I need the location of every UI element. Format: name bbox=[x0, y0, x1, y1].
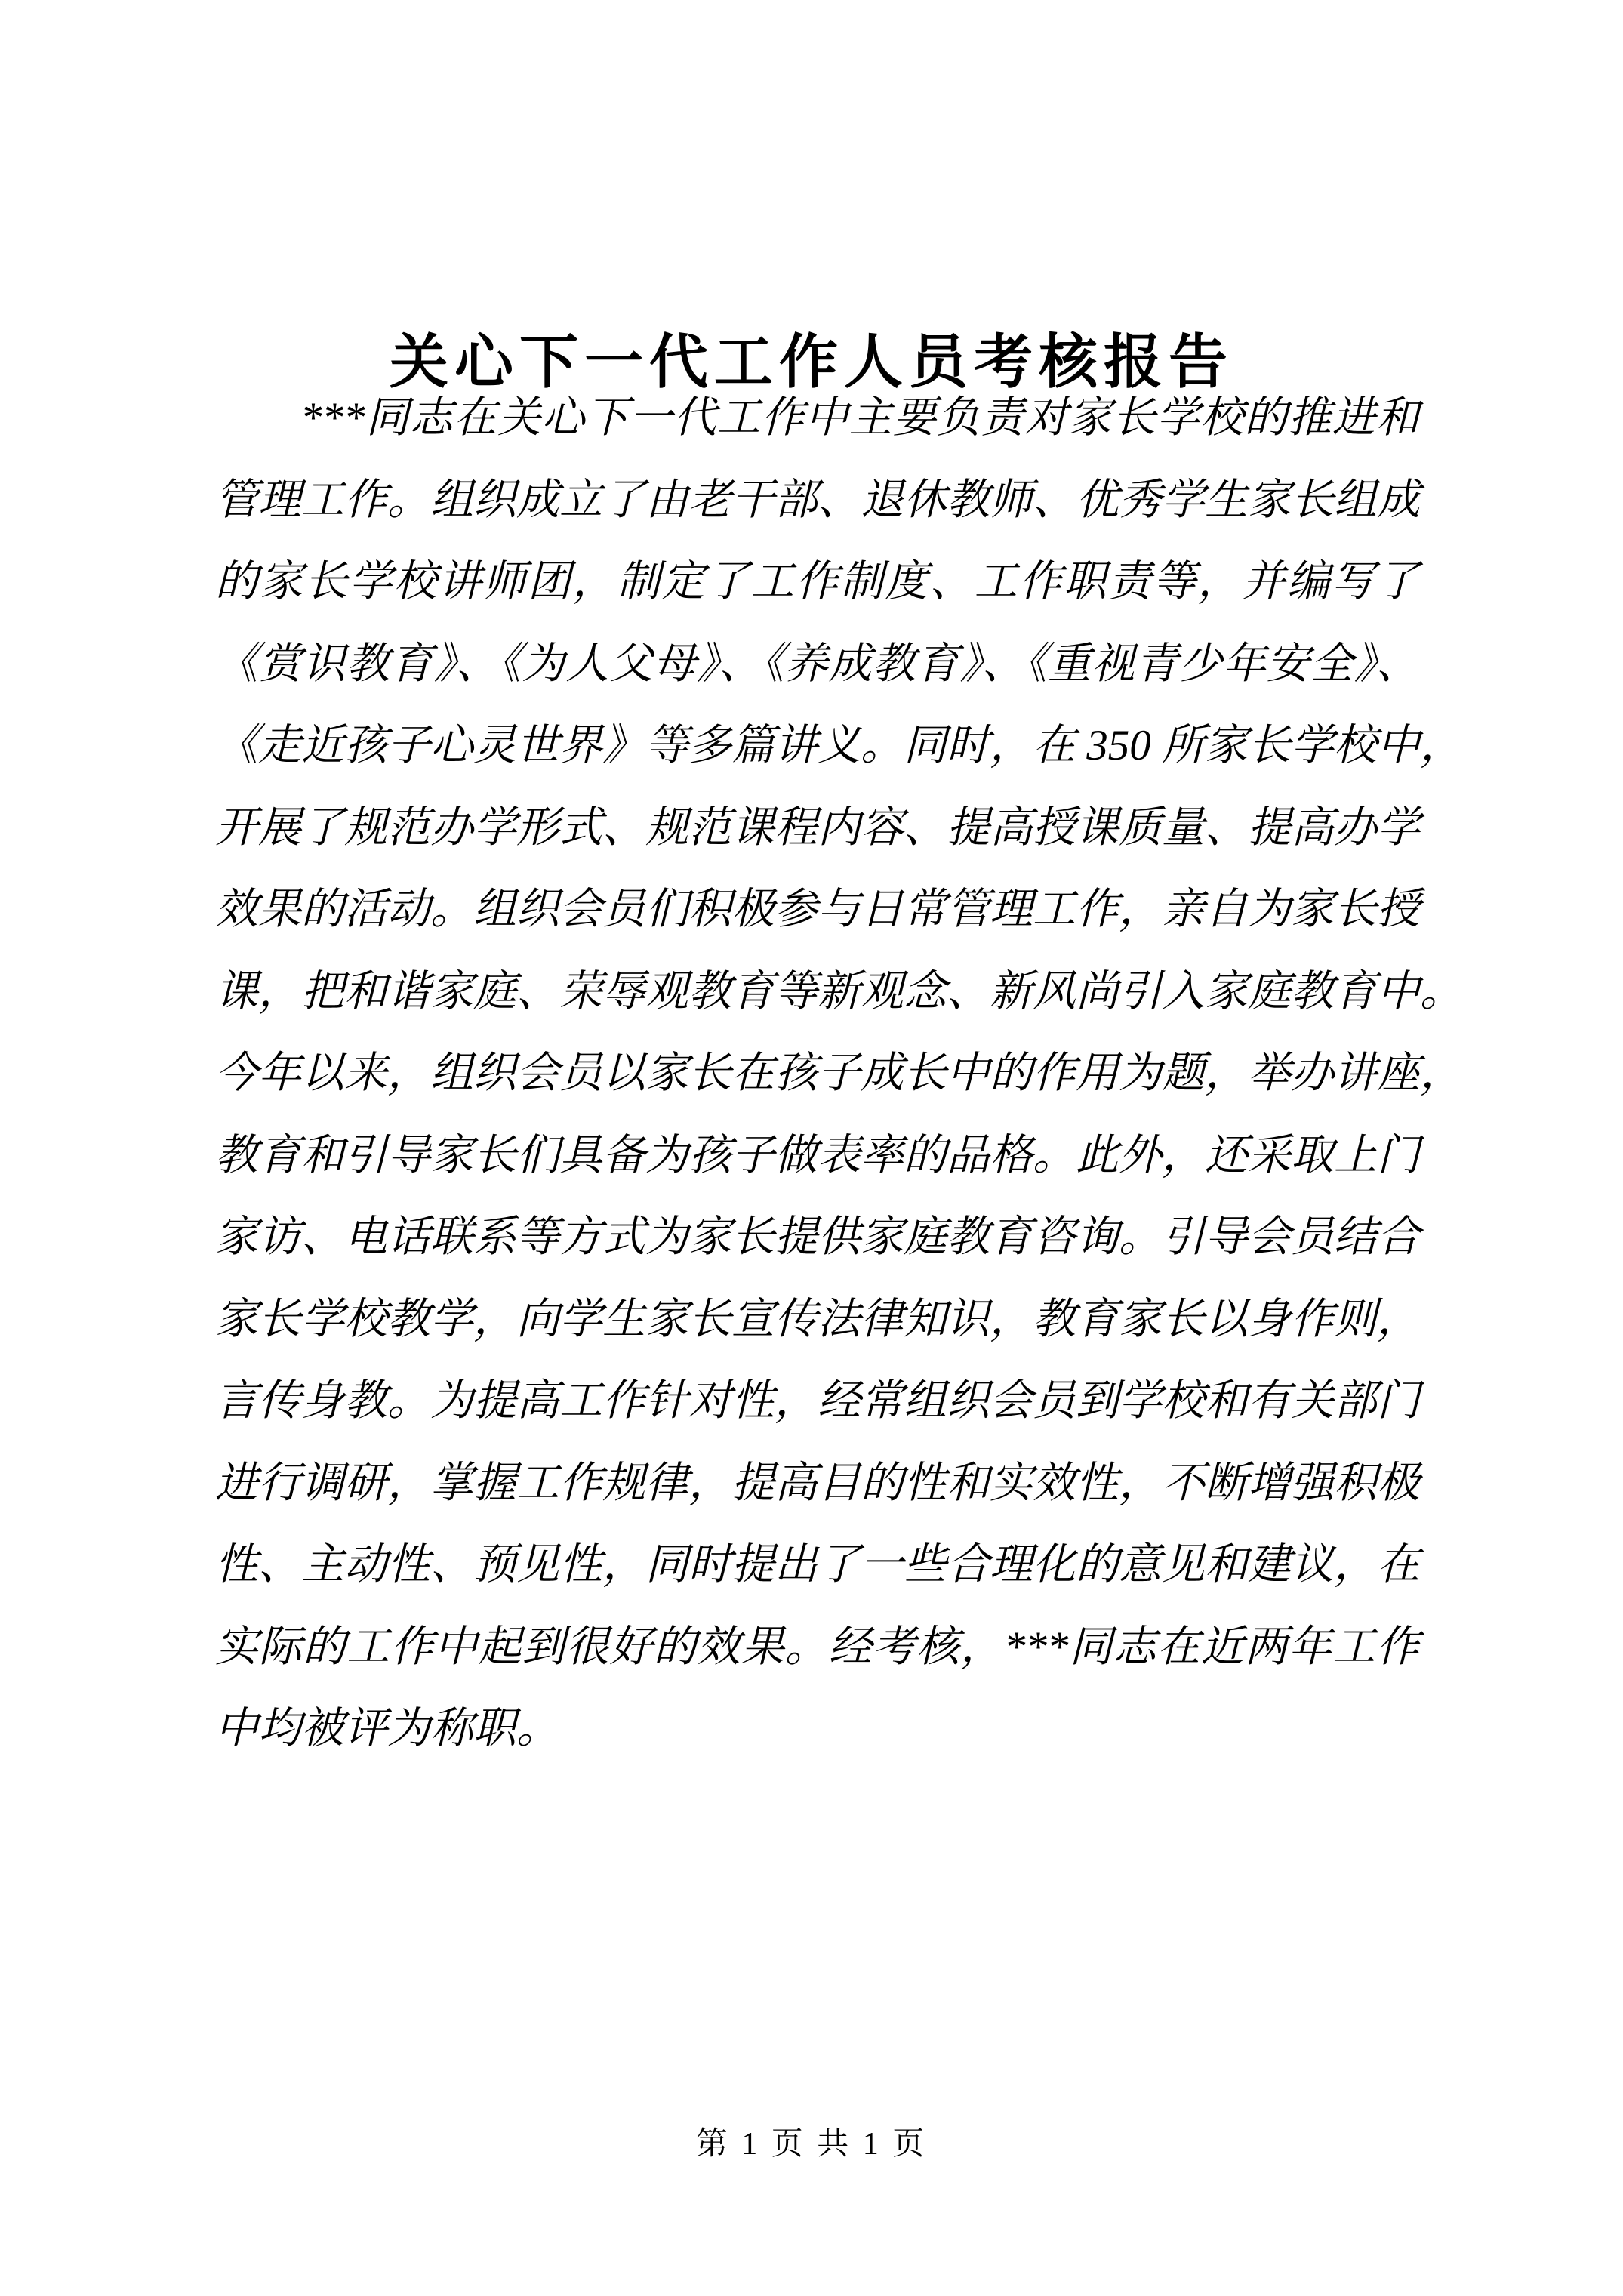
body-line: 《赏识教育》、《为人父母》、《养成教育》、《重视青少年安全》、 bbox=[215, 624, 1419, 706]
body-line: 教育和引导家长们具备为孩子做表率的品格。此外，还采取上门 bbox=[215, 1115, 1419, 1197]
body-line: 性、主动性、预见性，同时提出了一些合理化的意见和建议，在 bbox=[215, 1524, 1419, 1607]
page-footer: 第 1 页 共 1 页 bbox=[0, 2119, 1623, 2164]
body-line: ***同志在关心下一代工作中主要负责对家长学校的推进和 bbox=[215, 378, 1419, 460]
body-line: 开展了规范办学形式、规范课程内容、提高授课质量、提高办学 bbox=[215, 787, 1419, 870]
body-line: 进行调研，掌握工作规律，提高目的性和实效性，不断增强积极 bbox=[215, 1443, 1419, 1525]
body-line: 效果的活动。组织会员们积极参与日常管理工作，亲自为家长授 bbox=[215, 869, 1419, 951]
body-line: 实际的工作中起到很好的效果。经考核，***同志在近两年工作 bbox=[215, 1607, 1419, 1689]
body-line: 言传身教。为提高工作针对性，经常组织会员到学校和有关部门 bbox=[215, 1361, 1419, 1443]
document-page: 关心下一代工作人员考核报告 ***同志在关心下一代工作中主要负责对家长学校的推进… bbox=[0, 0, 1623, 2296]
body-line: 管理工作。组织成立了由老干部、退休教师、优秀学生家长组成 bbox=[215, 460, 1419, 542]
body-line: 中均被评为称职。 bbox=[215, 1688, 1419, 1771]
body-line: 课，把和谐家庭、荣辱观教育等新观念、新风尚引入家庭教育中。 bbox=[215, 951, 1419, 1034]
document-body: ***同志在关心下一代工作中主要负责对家长学校的推进和 管理工作。组织成立了由老… bbox=[215, 378, 1419, 1771]
body-line: 《走近孩子心灵世界》等多篇讲义。同时，在 350 所家长学校中， bbox=[215, 705, 1419, 787]
body-line: 家访、电话联系等方式为家长提供家庭教育咨询。引导会员结合 bbox=[215, 1197, 1419, 1279]
body-line: 今年以来，组织会员以家长在孩子成长中的作用为题，举办讲座， bbox=[215, 1033, 1419, 1115]
body-line: 的家长学校讲师团，制定了工作制度、工作职责等，并编写了 bbox=[215, 541, 1419, 624]
body-line: 家长学校教学，向学生家长宣传法律知识，教育家长以身作则， bbox=[215, 1279, 1419, 1361]
